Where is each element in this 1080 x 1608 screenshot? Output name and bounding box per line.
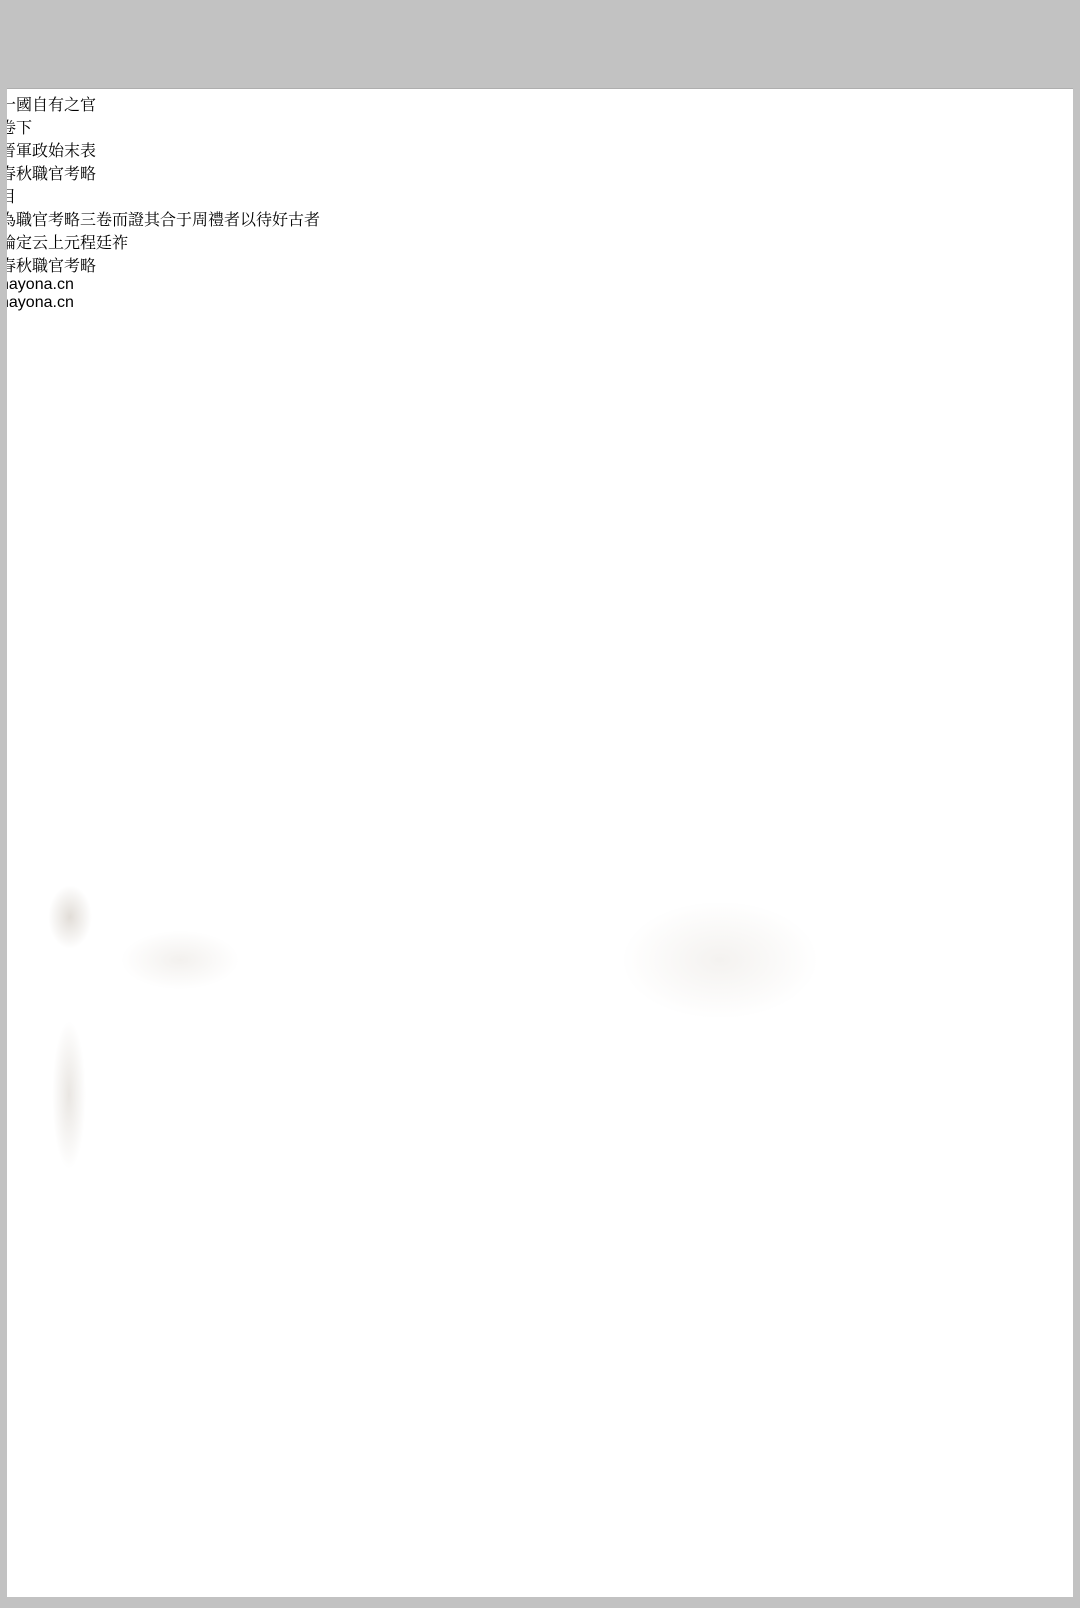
page-stain [620, 900, 820, 1020]
page-stain [120, 930, 240, 990]
left-page-frame-bottom [40, 1218, 520, 1229]
left-column-volume-3: 卷下 [0, 115, 1080, 138]
spine-title: 春秋職官考略 [0, 161, 1080, 184]
right-page-frame-bottom [648, 1215, 1068, 1228]
watermark-top: nayona.cn [0, 276, 1080, 294]
scan-left-margin [0, 88, 7, 1608]
page-stain [52, 1020, 86, 1170]
book-photo-backdrop [7, 387, 1073, 1304]
left-column-volume-2-contents: 一國自有之官 [0, 92, 1080, 115]
right-column-preface-text: 為職官考略三卷而證其合于周禮者以待好古者 [0, 207, 1080, 230]
scan-bottom-margin [0, 1597, 1080, 1608]
right-column-preface-signature: 論定云上元程廷祚 [0, 230, 1080, 253]
left-column-volume-3-contents: 晉軍政始末表 [0, 138, 1080, 161]
scan-top-margin [0, 0, 1080, 89]
scan-right-margin [1073, 88, 1080, 1608]
page-stain [48, 885, 92, 949]
fold-edge-ghost-text: 春秋職官考略 [0, 253, 1080, 276]
spine-section-marker: 目 [0, 184, 1080, 207]
watermark-middle: nayona.cn [0, 294, 1080, 312]
right-page-frame-bottom [556, 1221, 630, 1233]
